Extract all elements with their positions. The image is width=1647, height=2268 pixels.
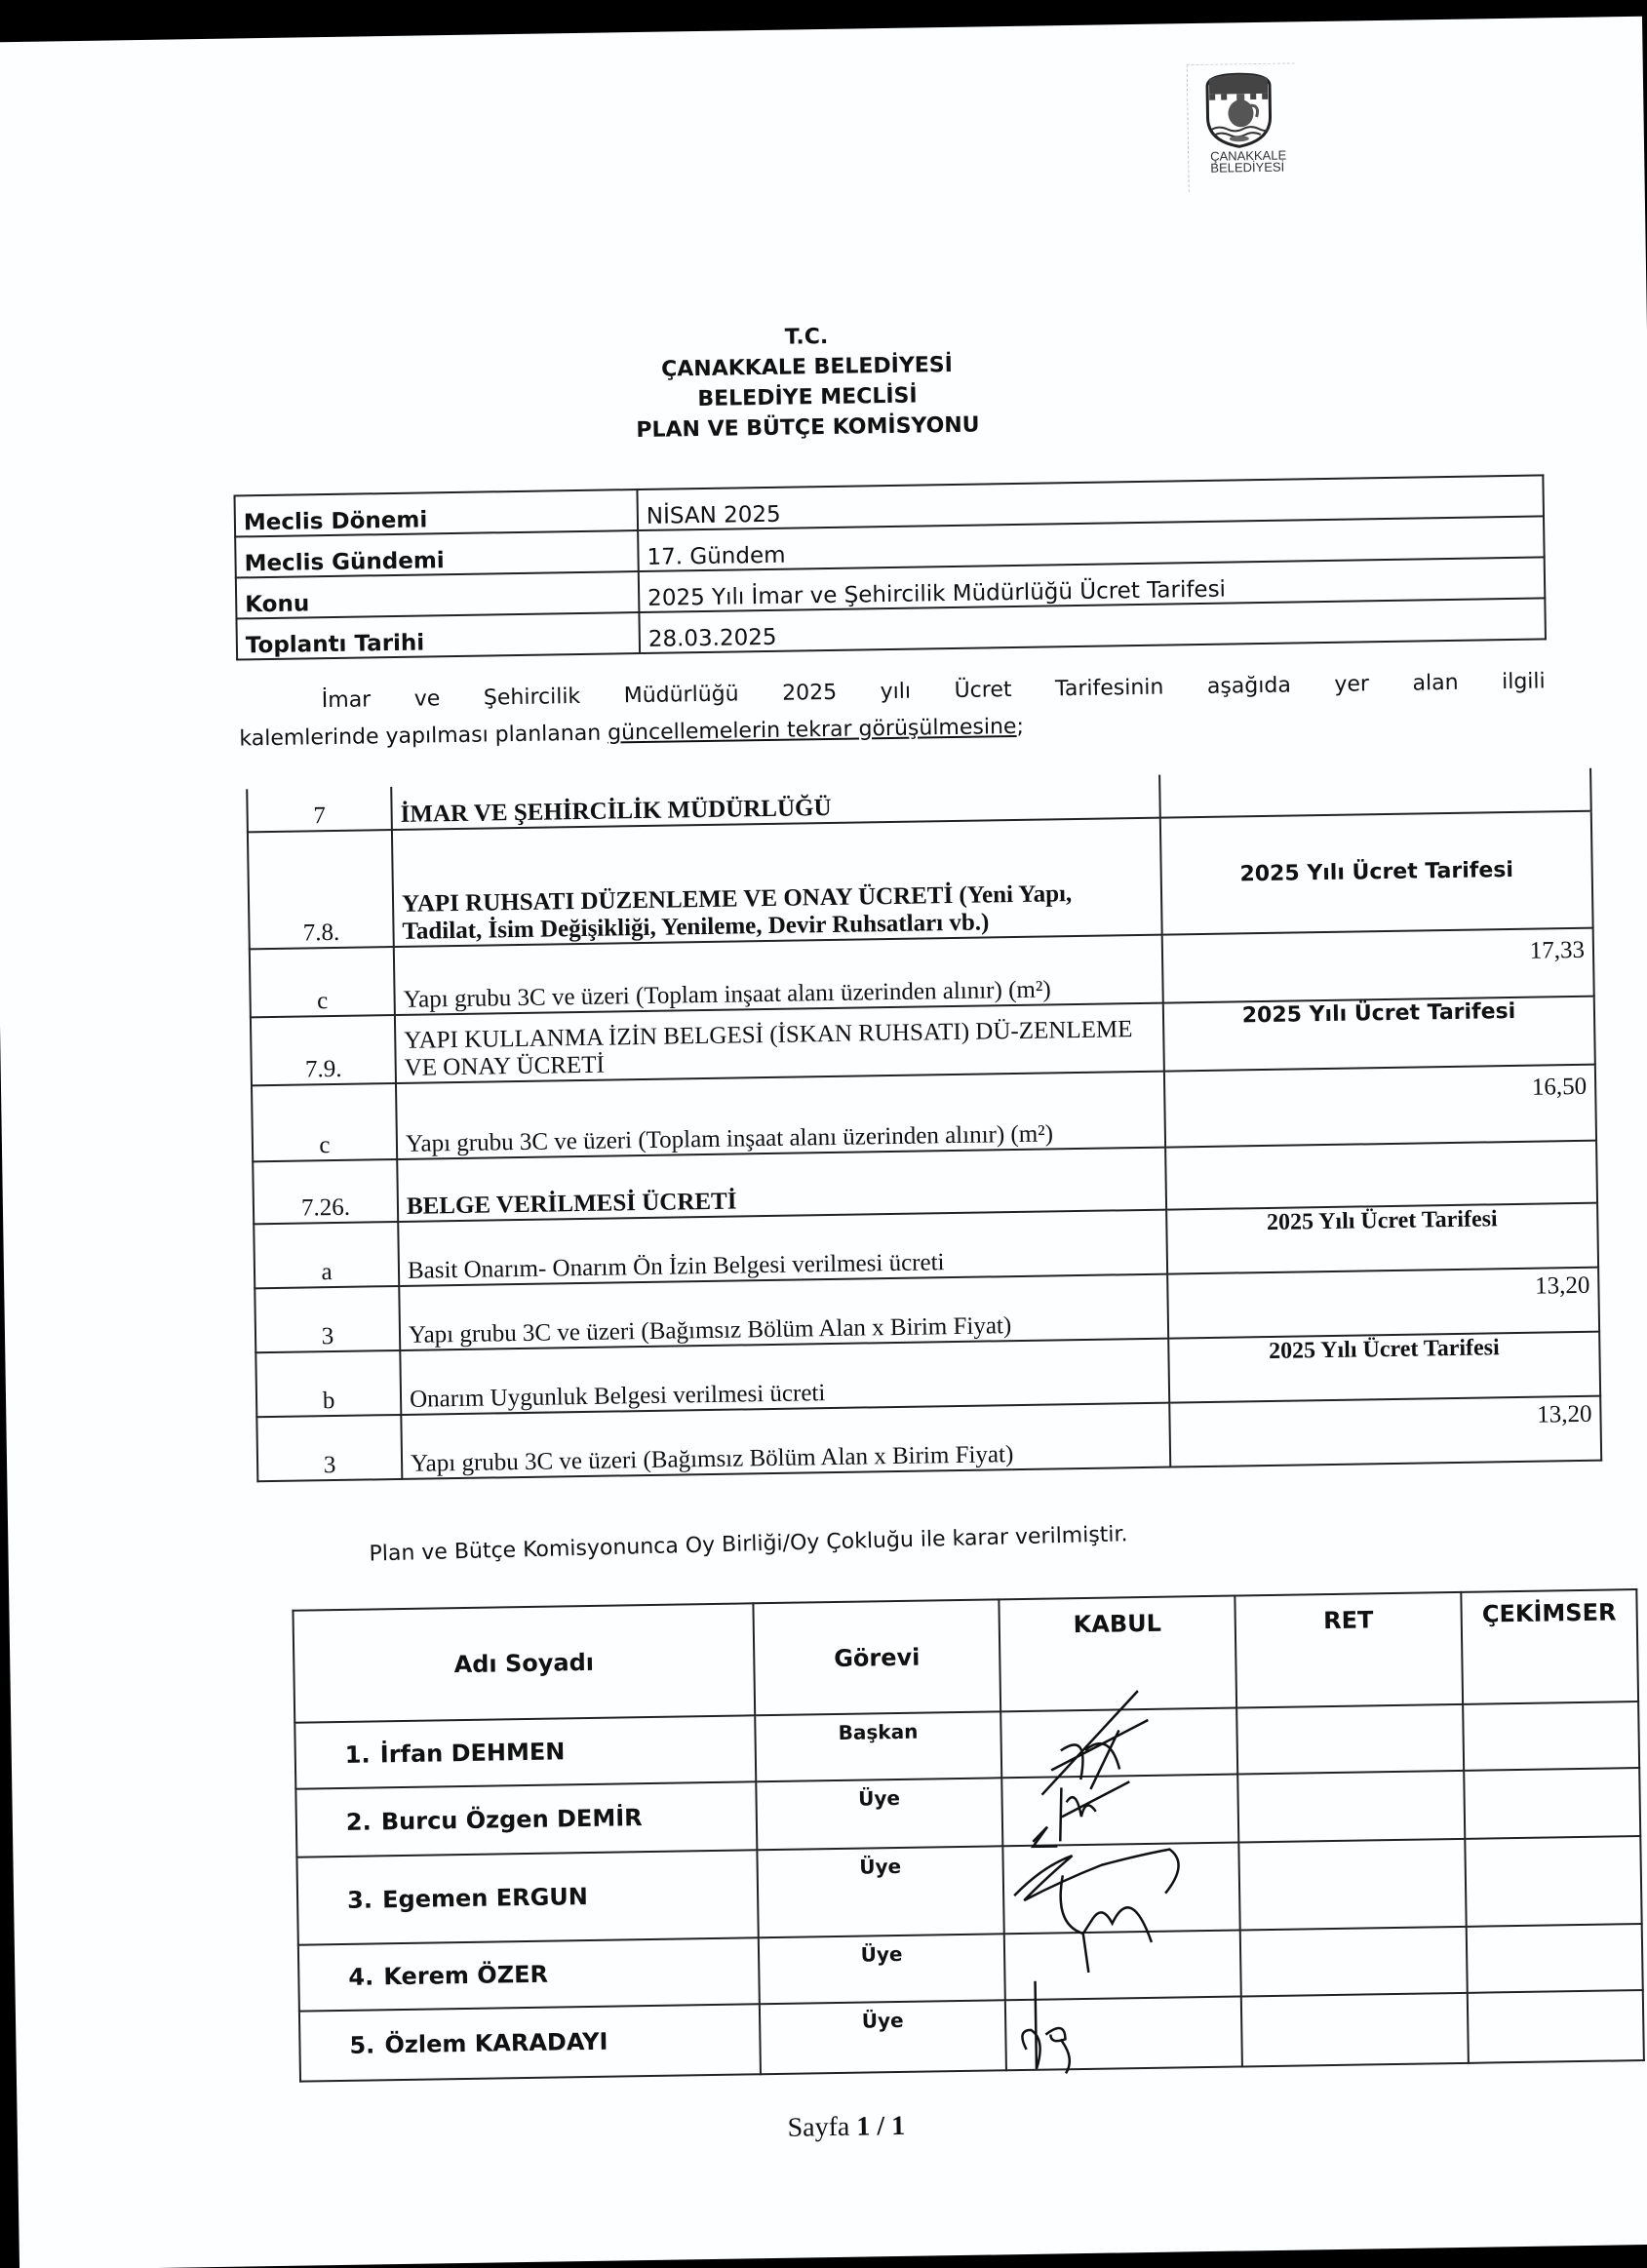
scanned-page: ÇANAKKALE BELEDİYESİ T.C. ÇANAKKALE BELE… bbox=[0, 17, 1647, 2268]
tariff-column-header: 2025 Yılı Ücret Tarifesi bbox=[1160, 811, 1593, 935]
member-number: 1. bbox=[345, 1740, 380, 1769]
item-number: 7.26. bbox=[253, 1159, 398, 1224]
page-number: Sayfa 1 / 1 bbox=[18, 2099, 1647, 2157]
item-number: 3 bbox=[255, 1286, 400, 1352]
reject-cell bbox=[1237, 1771, 1465, 1843]
page-label: Sayfa bbox=[787, 2112, 856, 2143]
member-name-text: Egemen ERGUN bbox=[382, 1883, 588, 1913]
item-value: 17,33 bbox=[1162, 928, 1594, 1003]
header-abstain: ÇEKİMSER bbox=[1461, 1589, 1638, 1704]
abstain-cell bbox=[1463, 1701, 1639, 1771]
abstain-cell bbox=[1464, 1768, 1640, 1839]
member-name: 1.İrfan DEHMEN bbox=[294, 1715, 756, 1788]
member-role: Üye bbox=[759, 1934, 1005, 2004]
item-number: 7 bbox=[247, 787, 392, 832]
member-role: Başkan bbox=[755, 1711, 1001, 1781]
item-description: Basit Onarım- Onarım Ön İzin Belgesi ver… bbox=[398, 1210, 1167, 1286]
member-role: Üye bbox=[760, 2000, 1006, 2074]
page-count: 1 / 1 bbox=[856, 2111, 905, 2142]
item-number: c bbox=[252, 1083, 397, 1161]
tariff-column-header: 2025 Yılı Ücret Tarifesi bbox=[1163, 997, 1595, 1072]
meta-key: Toplantı Tarihi bbox=[236, 612, 640, 659]
meeting-info-table: Meclis Dönemi NİSAN 2025 Meclis Gündemi … bbox=[233, 474, 1547, 660]
intro-paragraph: İmar ve Şehircilik Müdürlüğü 2025 yılı Ü… bbox=[239, 663, 1547, 758]
abstain-cell bbox=[1468, 1990, 1644, 2063]
document-heading: T.C. ÇANAKKALE BELEDİYESİ BELEDİYE MECLİ… bbox=[0, 309, 1647, 456]
item-description: Yapı grubu 3C ve üzeri (Toplam inşaat al… bbox=[396, 1072, 1165, 1159]
logo-line2: BELEDİYESİ bbox=[1210, 161, 1296, 174]
meta-key: Meclis Dönemi bbox=[234, 489, 638, 536]
item-number: b bbox=[255, 1350, 401, 1417]
item-value: 16,50 bbox=[1164, 1065, 1596, 1148]
item-number: a bbox=[254, 1222, 399, 1288]
meta-key: Konu bbox=[236, 571, 640, 618]
abstain-cell bbox=[1467, 1924, 1643, 1993]
item-description: Yapı grubu 3C ve üzeri (Bağımsız Bölüm A… bbox=[401, 1403, 1170, 1479]
abstain-cell bbox=[1465, 1836, 1641, 1927]
tariff-table: 7 İMAR VE ŞEHİRCİLİK MÜDÜRLÜĞÜ 7.8. YAPI… bbox=[246, 768, 1602, 1483]
member-name: 5.Özlem KARADAYI bbox=[299, 2004, 761, 2081]
canakkale-crest-icon bbox=[1203, 72, 1274, 149]
item-number: 7.9. bbox=[251, 1015, 396, 1085]
member-name-text: İrfan DEHMEN bbox=[380, 1738, 566, 1768]
item-number: 7.8. bbox=[248, 830, 394, 949]
member-number: 3. bbox=[347, 1886, 382, 1914]
reject-cell bbox=[1241, 1993, 1469, 2067]
member-name-text: Burcu Özgen DEMİR bbox=[381, 1804, 643, 1835]
member-role: Üye bbox=[756, 1778, 1002, 1850]
accept-signature-cell bbox=[1002, 1843, 1239, 1935]
item-value: 13,20 bbox=[1169, 1396, 1601, 1467]
intro-line2-prefix: kalemlerinde yapılması planlanan bbox=[239, 722, 608, 752]
decision-statement: Plan ve Bütçe Komisyonunca Oy Birliği/Oy… bbox=[369, 1522, 1128, 1566]
reject-cell bbox=[1240, 1927, 1468, 1997]
item-description: YAPI RUHSATI DÜZENLEME VE ONAY ÜCRETİ (Y… bbox=[392, 818, 1162, 947]
header-role: Görevi bbox=[753, 1599, 1000, 1715]
header-reject: RET bbox=[1235, 1592, 1463, 1708]
accept-signature-cell bbox=[1005, 1996, 1242, 2070]
member-name: 3.Egemen ERGUN bbox=[296, 1850, 758, 1944]
item-description: Yapı grubu 3C ve üzeri (Toplam inşaat al… bbox=[394, 935, 1163, 1015]
reject-cell bbox=[1238, 1839, 1466, 1931]
member-number: 2. bbox=[346, 1808, 381, 1836]
municipality-logo: ÇANAKKALE BELEDİYESİ bbox=[1187, 62, 1297, 192]
reject-cell bbox=[1236, 1704, 1464, 1775]
table-row: 7.8. YAPI RUHSATI DÜZENLEME VE ONAY ÜCRE… bbox=[248, 811, 1593, 950]
vote-table: Adı Soyadı Görevi KABUL RET ÇEKİMSER 1.İ… bbox=[292, 1588, 1644, 2083]
item-number: 3 bbox=[256, 1415, 402, 1481]
item-value bbox=[1159, 768, 1591, 818]
header-name: Adı Soyadı bbox=[293, 1603, 755, 1722]
intro-underlined-text: güncellemelerin tekrar görüşülmesine bbox=[608, 715, 1017, 746]
tariff-column-header: 2025 Yılı Ücret Tarifesi bbox=[1168, 1332, 1600, 1403]
item-number: c bbox=[250, 947, 395, 1017]
tariff-column-header: 2025 Yılı Ücret Tarifesi bbox=[1166, 1203, 1598, 1274]
item-description: YAPI KULLANMA İZİN BELGESİ (İSKAN RUHSAT… bbox=[395, 1003, 1164, 1083]
intro-line2-suffix: ; bbox=[1016, 715, 1024, 739]
member-name-text: Özlem KARADAYI bbox=[384, 2028, 608, 2059]
member-role: Üye bbox=[757, 1846, 1003, 1937]
item-description: Yapı grubu 3C ve üzeri (Bağımsız Bölüm A… bbox=[399, 1274, 1168, 1350]
member-number: 4. bbox=[348, 1963, 383, 1991]
item-value: 13,20 bbox=[1167, 1268, 1599, 1339]
member-name: 4.Kerem ÖZER bbox=[298, 1937, 760, 2011]
vote-header-row: Adı Soyadı Görevi KABUL RET ÇEKİMSER bbox=[293, 1589, 1638, 1723]
meta-key: Meclis Gündemi bbox=[235, 530, 639, 577]
member-name: 2.Burcu Özgen DEMİR bbox=[295, 1781, 757, 1857]
item-description: Onarım Uygunluk Belgesi verilmesi ücreti bbox=[400, 1339, 1169, 1415]
member-number: 5. bbox=[349, 2031, 384, 2059]
signature-icon bbox=[1006, 1979, 1125, 2079]
item-value bbox=[1165, 1141, 1597, 1210]
member-name-text: Kerem ÖZER bbox=[383, 1961, 548, 1991]
